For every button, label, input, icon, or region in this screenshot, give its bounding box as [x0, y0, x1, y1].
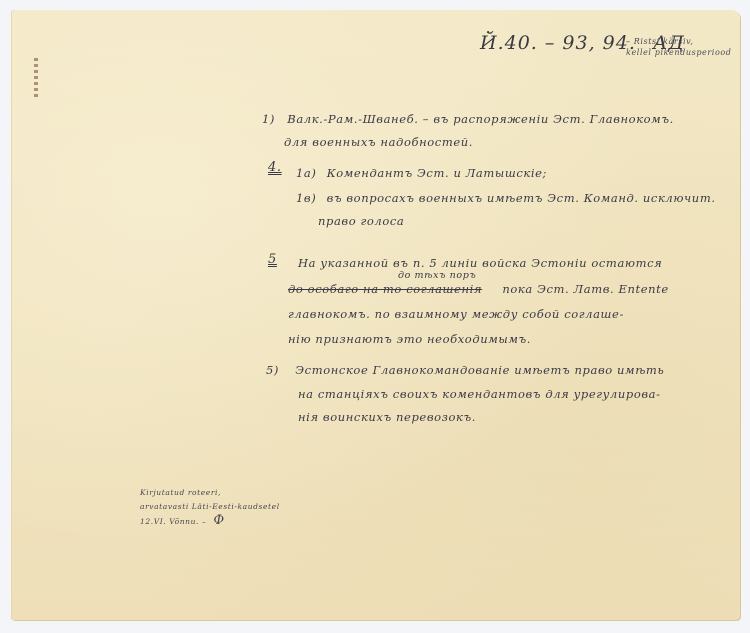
- paragraph-text: Валк.-Рам.-Шванеб. – въ распоряженіи Эст…: [287, 112, 674, 126]
- signature: Ф: [213, 513, 224, 528]
- footnote-line: Kirjutatud roteeri,: [140, 486, 280, 500]
- inserted-correction: до тѣхъ поръ: [398, 270, 476, 281]
- paragraph-text: Эстонское Главнокомандованіе имѣетъ прав…: [295, 363, 664, 377]
- footnote-date: 12.VI. Võnnu. –: [140, 517, 206, 526]
- item-label: 1в): [296, 191, 316, 205]
- paragraph-4-item-a: 1а) Комендантъ Эст. и Латышскіе;: [296, 166, 547, 180]
- paragraph-4-marker: 4.: [268, 160, 282, 175]
- paragraph-5-line-3: главнокомъ. по взаимному между собой сог…: [288, 307, 624, 321]
- paragraph-6-line-1: 5) Эстонское Главнокомандованіе имѣетъ п…: [266, 363, 664, 377]
- item-text: Комендантъ Эст. и Латышскіе;: [327, 166, 547, 180]
- paragraph-5-line-4: нію признаютъ это необходимымъ.: [288, 332, 531, 346]
- footnote-line: arvatavasti Läti-Eesti-kaudsetel: [140, 500, 280, 514]
- header-note: – Ristsi kärsiv, kellel pikendusperiood: [626, 36, 732, 58]
- paragraph-1-line-2: для военныхъ надобностей.: [284, 135, 473, 149]
- paragraph-6-line-2: на станціяхъ своихъ комендантовъ для уре…: [298, 387, 661, 401]
- item-label: 1а): [296, 166, 316, 180]
- paragraph-6-line-3: нія воинскихъ перевозокъ.: [298, 410, 476, 424]
- paragraph-marker: 5): [266, 363, 279, 377]
- header-note-line: – Ristsi kärsiv,: [626, 36, 732, 47]
- margin-stain: [34, 58, 38, 98]
- footnote-line: 12.VI. Võnnu. – Ф: [140, 514, 280, 529]
- reference-number: Й.40. – 93, 94.: [480, 32, 636, 54]
- paragraph-1-line-1: 1) Валк.-Рам.-Шванеб. – въ распоряженіи …: [262, 112, 674, 126]
- item-text: въ вопросахъ военныхъ имѣетъ Эст. Команд…: [327, 191, 716, 205]
- paragraph-marker: 1): [262, 112, 275, 126]
- paragraph-text: пока Эст. Латв. Entente: [502, 282, 668, 296]
- paragraph-4-item-b-line-2: право голоса: [318, 214, 404, 228]
- paragraph-5-line-1: На указанной въ п. 5 линіи войска Эстоні…: [298, 256, 662, 270]
- paragraph-5-line-2: до особаго на то соглашенія пока Эст. Ла…: [288, 282, 669, 296]
- struck-text: до особаго на то соглашенія: [288, 282, 482, 296]
- paragraph-5-marker: 5: [268, 252, 277, 267]
- paragraph-4-item-b: 1в) въ вопросахъ военныхъ имѣетъ Эст. Ко…: [296, 191, 716, 205]
- archival-footnote: Kirjutatud roteeri, arvatavasti Läti-Ees…: [140, 486, 280, 529]
- header-note-line: kellel pikendusperiood: [626, 47, 732, 58]
